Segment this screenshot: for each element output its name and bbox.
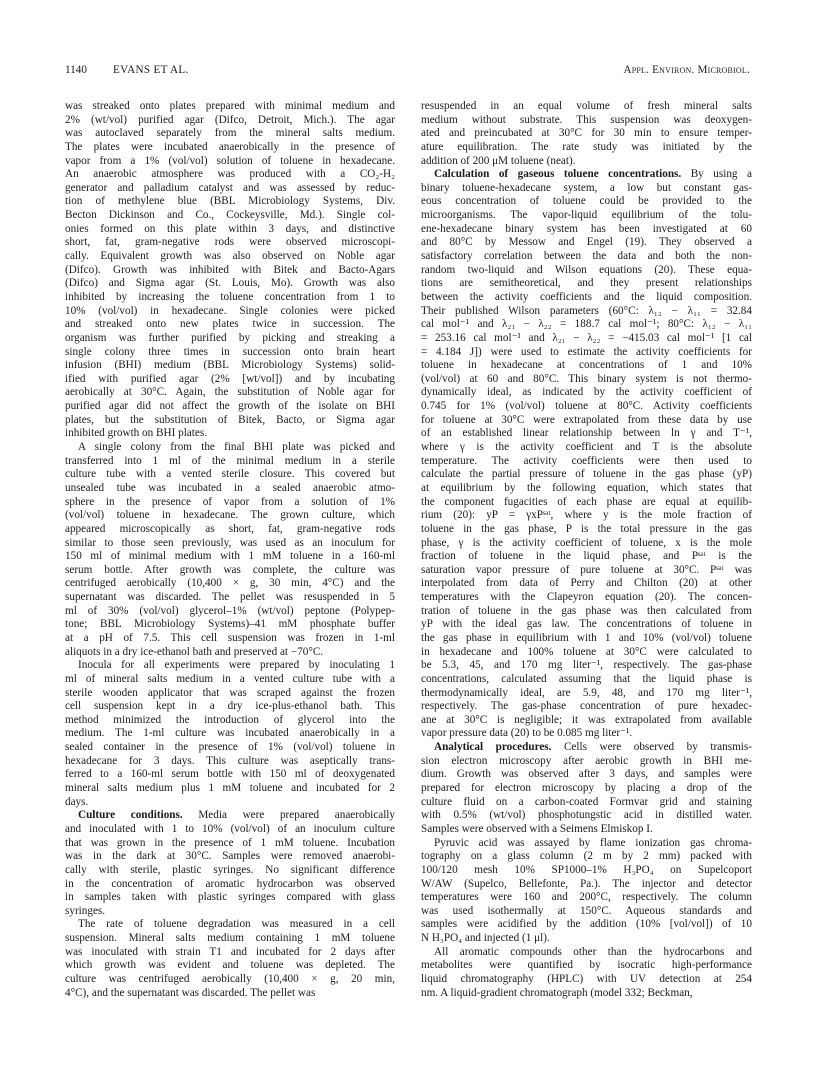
text-line: at equilibrium by the following equation…: [421, 482, 752, 496]
text-line: aliquots in a dry ice-ethanol bath and p…: [65, 646, 395, 660]
text-line: toluene in hexadecane at concentrations …: [421, 359, 752, 373]
text-line: in the concentration of aromatic hydroca…: [65, 878, 395, 892]
text-line: for toluene at 30°C were extrapolated fr…: [421, 414, 752, 428]
text-line: inhibited growth on BHI plates.: [65, 427, 395, 441]
text-line: ene-hexadecane binary system has been in…: [421, 223, 752, 237]
text-line: tion of methylene blue (BBL Microbiology…: [65, 195, 395, 209]
section-heading: Calculation of gaseous toluene concentra…: [434, 168, 681, 180]
journal-name: Appl. Environ. Microbiol.: [623, 64, 750, 76]
paragraph: The rate of toluene degradation was meas…: [65, 918, 395, 1000]
paragraph: Calculation of gaseous toluene concentra…: [421, 168, 752, 741]
text-line: cally. Equivalent growth was also observ…: [65, 250, 395, 264]
text-line: ml of mineral salts medium in a vented c…: [65, 673, 395, 687]
text-line: purified agar did not affect the growth …: [65, 400, 395, 414]
text-line: sion electron microscopy after aerobic g…: [421, 755, 752, 769]
text-line: 4°C), and the supernatant was discarded.…: [65, 987, 395, 1001]
text-line: was streaked onto plates prepared with m…: [65, 100, 395, 114]
text-line: suspension. Mineral salts medium contain…: [65, 932, 395, 946]
text-line: ified with purified agar (2% [wt/vol]) a…: [65, 373, 395, 387]
text-line: Their published Wilson parameters (60°C:…: [421, 305, 752, 319]
text-line: Samples were observed with a Seimens Elm…: [421, 823, 752, 837]
text-line: onies formed on this plate within 3 days…: [65, 223, 395, 237]
text-line: calculate the partial pressure of toluen…: [421, 468, 752, 482]
text-line: fraction of toluene in the liquid phase,…: [421, 550, 752, 564]
text-line: W/AW (Supelco, Bellefonte, Pa.). The inj…: [421, 878, 752, 892]
text-line: was used isothermally at 150°C. Aqueous …: [421, 905, 752, 919]
text-line: temperatures were 160 and 200°C, respect…: [421, 891, 752, 905]
text-line: = 253.16 cal mol⁻¹ and λ₂₁ − λ₂₂ = −415.…: [421, 332, 752, 346]
text-line: similar to those seen previously, was us…: [65, 537, 395, 551]
text-line: where γ is the activity coefficient and …: [421, 441, 752, 455]
text-line: ane at 30°C is negligible; it was extrap…: [421, 714, 752, 728]
text-line: rium (20): yP = γxPˢᵃᵗ, where y is the m…: [421, 509, 752, 523]
section-heading: Analytical procedures.: [434, 741, 551, 753]
text-line: metabolites were quantified by isocratic…: [421, 959, 752, 973]
text-line: saturation vapor pressure of pure toluen…: [421, 564, 752, 578]
text-line: dynamically ideal, as indicated by the a…: [421, 386, 752, 400]
text-line: Pyruvic acid was assayed by flame ioniza…: [421, 837, 752, 851]
text-line: samples were acidified by the addition (…: [421, 918, 752, 932]
text-line: ml of 30% (vol/vol) glycerol–1% (wt/vol)…: [65, 605, 395, 619]
text-line: method minimized the introduction of gly…: [65, 714, 395, 728]
text-line: phase, γ is the activity coefficient of …: [421, 537, 752, 551]
right-column: resuspended in an equal volume of fresh …: [421, 100, 752, 1000]
text-line: cal mol⁻¹ and λ₂₁ − λ₂₂ = 188.7 cal mol⁻…: [421, 318, 752, 332]
text-line: concentrations, calculated assuming that…: [421, 673, 752, 687]
text-line: sphere in the presence of vapor from a s…: [65, 496, 395, 510]
text-line: be 5.3, 45, and 170 mg liter⁻¹, respecti…: [421, 659, 752, 673]
left-column: was streaked onto plates prepared with m…: [65, 100, 395, 1000]
text-line: vapor pressure data (20) to be 0.085 mg …: [421, 727, 752, 741]
paragraph: All aromatic compounds other than the hy…: [421, 946, 752, 1001]
text-line: syringes.: [65, 905, 395, 919]
text-line: plates, but the substitution of Bitek, B…: [65, 414, 395, 428]
text-line: the component fugacities of each phase a…: [421, 496, 752, 510]
text-line: prepared for electron microscopy by plac…: [421, 782, 752, 796]
text-line: 0.745 for 1% (vol/vol) toluene at 80°C. …: [421, 400, 752, 414]
text-line: eous concentration of toluene could be p…: [421, 195, 752, 209]
text-line: of an established linear relationship be…: [421, 427, 752, 441]
text-line: appeared microscopically as short, fat, …: [65, 523, 395, 537]
section-heading: Culture conditions.: [78, 809, 183, 821]
text-line: Analytical procedures. Cells were observ…: [421, 741, 752, 755]
text-line: medium without substrate. This suspensio…: [421, 114, 752, 128]
text-line: in samples taken with plastic syringes c…: [65, 891, 395, 905]
text-line: cell suspension kept in a dry ice-plus-e…: [65, 700, 395, 714]
text-line: with 0.5% (wt/vol) phosphotungstic acid …: [421, 809, 752, 823]
text-line: temperatures with the Clapeyron equation…: [421, 591, 752, 605]
text-line: N H₃PO₄ and injected (1 μl).: [421, 932, 752, 946]
text-line: Inocula for all experiments were prepare…: [65, 659, 395, 673]
text-line: temperature. The activity coefficients w…: [421, 455, 752, 469]
text-line: hexadecane for 3 days. This culture was …: [65, 755, 395, 769]
text-line: at a pH of 7.5. This cell suspension was…: [65, 632, 395, 646]
paragraph: Analytical procedures. Cells were observ…: [421, 741, 752, 836]
text-line: liquid chromatography (HPLC) with UV det…: [421, 973, 752, 987]
text-line: aerobically at 30°C. Again, the substitu…: [65, 386, 395, 400]
text-line: centrifuged aerobically (10,400 × g, 30 …: [65, 577, 395, 591]
paragraph: Pyruvic acid was assayed by flame ioniza…: [421, 837, 752, 946]
text-line: random two-liquid and Wilson equations (…: [421, 264, 752, 278]
text-line: All aromatic compounds other than the hy…: [421, 946, 752, 960]
text-line: ature equilibration. The rate study was …: [421, 141, 752, 155]
text-line: thermodynamically ideal, are 5.9, 48, an…: [421, 687, 752, 701]
text-line: infusion (BHI) medium (BBL Microbiology …: [65, 359, 395, 373]
text-line: 10% (vol/vol) in hexadecane. Single colo…: [65, 305, 395, 319]
text-line: was in the dark at 30°C. Samples were re…: [65, 850, 395, 864]
text-line: single colony three times in succession …: [65, 346, 395, 360]
text-line: microorganisms. The vapor-liquid equilib…: [421, 209, 752, 223]
text-line: tone; BBL Microbiology Systems)–41 mM ph…: [65, 618, 395, 632]
text-line: dium. Growth was observed after 3 days, …: [421, 768, 752, 782]
text-line: 100/120 mesh 10% SP1000–1% H₃PO₄ on Supe…: [421, 864, 752, 878]
page-number: 1140: [65, 64, 87, 76]
text-line: respectively. The gas-phase concentratio…: [421, 700, 752, 714]
text-line: 2% (wt/vol) purified agar (Difco, Detroi…: [65, 114, 395, 128]
running-authors: EVANS ET AL.: [113, 64, 189, 76]
text-line: culture was centrifuged aerobically (10,…: [65, 973, 395, 987]
text-line: tions are semitheoretical, and they pres…: [421, 277, 752, 291]
text-line: satisfactory correlation between the dat…: [421, 250, 752, 264]
text-line: medium. The 1-ml culture was incubated a…: [65, 727, 395, 741]
text-line: that was grown in the presence of 1 mM t…: [65, 837, 395, 851]
text-line: sterile wooden applicator that was scrap…: [65, 687, 395, 701]
text-line: (vol/vol) toluene in hexadecane. The gro…: [65, 509, 395, 523]
paragraph: was streaked onto plates prepared with m…: [65, 100, 395, 441]
text-line: which growth was evident and toluene was…: [65, 959, 395, 973]
text-line: inhibited by increasing the toluene conc…: [65, 291, 395, 305]
text-line: organism was further purified by picking…: [65, 332, 395, 346]
paragraph: resuspended in an equal volume of fresh …: [421, 100, 752, 168]
text-line: addition of 200 μM toluene (neat).: [421, 155, 752, 169]
running-header: 1140 EVANS ET AL. Appl. Environ. Microbi…: [65, 64, 750, 80]
text-line: serum bottle. After growth was complete,…: [65, 564, 395, 578]
text-line: culture tube with a vented sterile closu…: [65, 468, 395, 482]
text-line: = 4.184 J]) were used to estimate the ac…: [421, 346, 752, 360]
text-line: was inoculated with strain T1 and incuba…: [65, 946, 395, 960]
text-line: in hexadecane and 100% toluene at 30°C w…: [421, 646, 752, 660]
text-line: (Difco) and Sigma agar (St. Louis, Mo). …: [65, 277, 395, 291]
text-line: resuspended in an equal volume of fresh …: [421, 100, 752, 114]
text-line: nm. A liquid-gradient chromatograph (mod…: [421, 987, 752, 1001]
text-line: A single colony from the final BHI plate…: [65, 441, 395, 455]
text-line: Culture conditions. Media were prepared …: [65, 809, 395, 823]
text-line: the gas phase in equilibrium with 1 and …: [421, 632, 752, 646]
text-line: Becton Dickinson and Co., Cockeysville, …: [65, 209, 395, 223]
text-line: binary toluene-hexadecane system, a low …: [421, 182, 752, 196]
text-line: interpolated from data of Perry and Chil…: [421, 577, 752, 591]
text-line: days.: [65, 796, 395, 810]
text-line: tration of toluene in the gas phase was …: [421, 605, 752, 619]
text-line: sealed container in the presence of 1% (…: [65, 741, 395, 755]
text-line: toluene in the gas phase, P is the total…: [421, 523, 752, 537]
text-line: generator and palladium catalyst and was…: [65, 182, 395, 196]
text-line: An anaerobic atmosphere was produced wit…: [65, 168, 395, 182]
text-line: cally with sterile, plastic syringes. No…: [65, 864, 395, 878]
text-line: mineral salts medium plus 1 mM toluene a…: [65, 782, 395, 796]
text-line: (vol/vol) at 60 and 80°C. This binary sy…: [421, 373, 752, 387]
text-line: was autoclaved separately from the miner…: [65, 127, 395, 141]
text-line: culture fluid on a carbon-coated Formvar…: [421, 796, 752, 810]
text-line: supernatant was discarded. The pellet wa…: [65, 591, 395, 605]
text-line: The plates were incubated anaerobically …: [65, 141, 395, 155]
text-line: between the activity coefficients and th…: [421, 291, 752, 305]
text-line: and inoculated with 1 to 10% (vol/vol) o…: [65, 823, 395, 837]
text-line: ated and preincubated at 30°C for 30 min…: [421, 127, 752, 141]
paragraph: Inocula for all experiments were prepare…: [65, 659, 395, 809]
paragraph: Culture conditions. Media were prepared …: [65, 809, 395, 918]
text-line: ferred to a 160-ml serum bottle with 150…: [65, 768, 395, 782]
text-line: The rate of toluene degradation was meas…: [65, 918, 395, 932]
text-line: and streaked onto new plates twice in su…: [65, 318, 395, 332]
text-line: 150 ml of minimal medium with 1 mM tolue…: [65, 550, 395, 564]
text-line: tography on a glass column (2 m by 2 mm)…: [421, 850, 752, 864]
text-line: yP with the ideal gas law. The concentra…: [421, 618, 752, 632]
text-line: Calculation of gaseous toluene concentra…: [421, 168, 752, 182]
text-line: (Difco). Growth was inhibited with Bitek…: [65, 264, 395, 278]
paragraph: A single colony from the final BHI plate…: [65, 441, 395, 659]
text-line: vapor from a 1% (vol/vol) solution of to…: [65, 155, 395, 169]
text-line: short, fat, gram-negative rods were obse…: [65, 236, 395, 250]
text-line: and 80°C by Messow and Engel (19). They …: [421, 236, 752, 250]
text-line: transferred into 1 ml of the minimal med…: [65, 455, 395, 469]
text-line: unsealed tube was incubated in a sealed …: [65, 482, 395, 496]
